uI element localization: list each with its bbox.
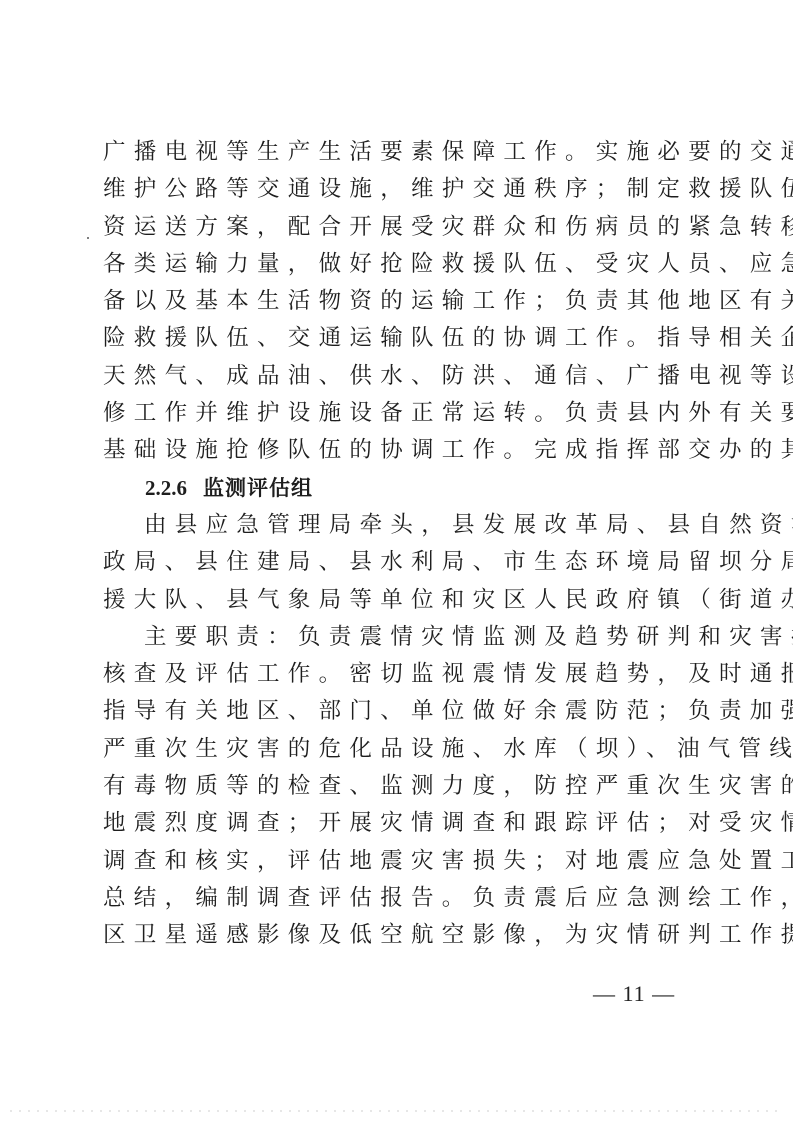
composition-line: 由县应急管理局牵头，县发展改革局、县自然资源局、县财 [103,507,693,544]
scan-artifact-dot [87,237,89,239]
page-body: 广播电视等生产生活要素保障工作。实施必要的交通管制，抢修 维护公路等交通设施，维… [103,134,693,955]
duties-line: 有毒物质等的检查、监测力度，防控严重次生灾害的发生；开展 [103,768,693,805]
composition-line: 援大队、县气象局等单位和灾区人民政府镇（街道办）组成。 [103,582,693,619]
duties-line: 严重次生灾害的危化品设施、水库（坝）、油气管线、易燃易爆和 [103,731,693,768]
body-line: 险救援队伍、交通运输队伍的协调工作。指导相关企业对电力、 [103,320,693,357]
page-number: — 11 — [593,981,675,1007]
duties-line: 主要职责：负责震情灾情监测及趋势研判和灾害损失调查、 [103,619,693,656]
section-heading: 2.2.6监测评估组 [103,470,693,507]
body-line: 维护公路等交通设施，维护交通秩序；制定救援队伍、设备和物 [103,171,693,208]
duties-line: 核查及评估工作。密切监视震情发展趋势，及时通报余震信息， [103,656,693,693]
duties-line: 指导有关地区、部门、单位做好余震防范；负责加强对可能造成 [103,693,693,730]
body-line: 备以及基本生活物资的运输工作；负责其他地区有关交通设施抢 [103,283,693,320]
duties-line: 调查和核实，评估地震灾害损失；对地震应急处置工作进行调查 [103,843,693,880]
body-line: 各类运输力量，做好抢险救援队伍、受灾人员、应急救灾物资装 [103,246,693,283]
duties-line: 总结，编制调查评估报告。负责震后应急测绘工作，及时获取震 [103,880,693,917]
composition-line: 政局、县住建局、县水利局、市生态环境局留坝分局、县消防救 [103,544,693,581]
section-number: 2.2.6 [145,476,187,500]
body-line: 修工作并维护设施设备正常运转。负责县内外有关要素保供以及 [103,395,693,432]
body-line: 广播电视等生产生活要素保障工作。实施必要的交通管制，抢修 [103,134,693,171]
body-line: 天然气、成品油、供水、防洪、通信、广播电视等设施设备的抢 [103,358,693,395]
duties-line: 区卫星遥感影像及低空航空影像，为灾情研判工作提供测绘地理 [103,917,693,954]
document-page: 广播电视等生产生活要素保障工作。实施必要的交通管制，抢修 维护公路等交通设施，维… [0,0,793,1123]
body-line: 基础设施抢修队伍的协调工作。完成指挥部交办的其他任务。 [103,432,693,469]
body-line: 资运送方案，配合开展受灾群众和伤病员的紧急转移；组织协调 [103,209,693,246]
scan-noise-strip [10,1110,783,1112]
duties-line: 地震烈度调查；开展灾情调查和跟踪评估；对受灾情况进行抽样 [103,805,693,842]
section-title: 监测评估组 [203,476,313,500]
